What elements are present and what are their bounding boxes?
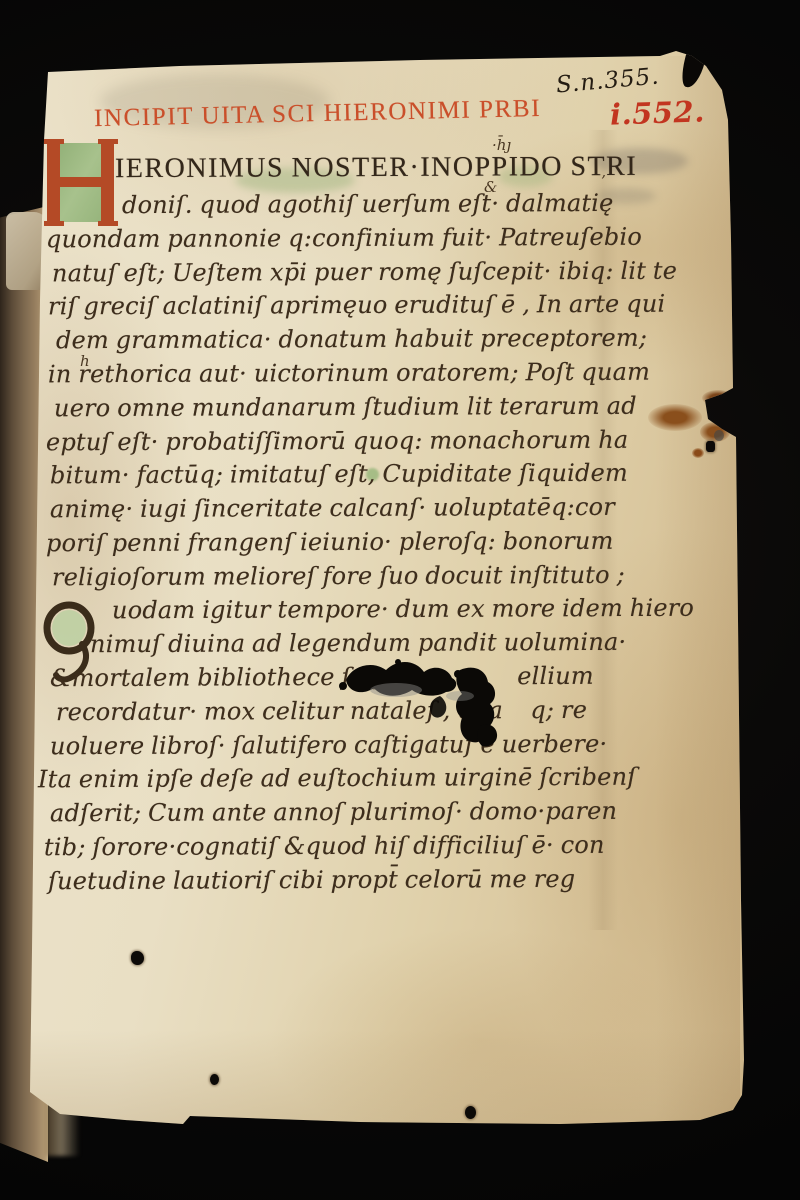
text-line-22: ſuetudine lautioriſ cibi propt̄ celorū m… bbox=[48, 865, 575, 895]
rust-stain-large bbox=[648, 404, 702, 431]
corner-ink-drop bbox=[678, 46, 707, 90]
rubric-title: INCIPIT UITA SCI HIERONIMI PRBI bbox=[94, 95, 542, 133]
rust-dot bbox=[692, 448, 704, 458]
text-line-10: bitum· factūq; imitatuſ eſt, Cupiditate … bbox=[50, 459, 628, 490]
text-line-11: animę· iugi ſinceritate calcanſ· uolupta… bbox=[50, 493, 615, 523]
interlinear-mark-2: & bbox=[484, 178, 497, 196]
text-line-6: dem grammatica· donatum habuit preceptor… bbox=[56, 324, 647, 355]
gray-speck bbox=[714, 430, 724, 441]
right-edge-shade bbox=[655, 56, 740, 1126]
text-line-2: doniſ. quod agothiſ uerſum eſt· dalmatię bbox=[122, 189, 614, 219]
black-speck bbox=[706, 441, 715, 452]
text-line-9: eptuſ eſt· probatiſſimorū quoq: monachor… bbox=[46, 426, 629, 457]
rust-stain-lower bbox=[700, 422, 730, 442]
worm-hole-1 bbox=[210, 1074, 219, 1085]
initial-h bbox=[44, 138, 118, 228]
text-line-16: &mortalem bibliothece ſuę ellium bbox=[50, 662, 594, 692]
text-line-1: IERONIMUS NOSTER·INOPPIDO STRI bbox=[115, 151, 637, 185]
text-line-12: poriſ penni frangenſ ieiunio· pleroſq: b… bbox=[46, 527, 614, 557]
text-line-3: quondam pannonie q:confinium fuit· Patre… bbox=[46, 223, 642, 254]
ink-blot bbox=[340, 656, 510, 748]
text-line-14: uodam igitur tempore· dum ex more idem h… bbox=[112, 594, 694, 625]
text-line-21: tib; ſorore·cognatiſ &quod hiſ difficili… bbox=[44, 831, 605, 861]
text-line-20: adſerit; Cum ante annoſ plurimoſ· domo·p… bbox=[50, 797, 617, 827]
interlinear-mark-3: h bbox=[80, 352, 90, 370]
text-line-4: natuſ eſt; Ueſtem xp̄i puer romę ſuſcepi… bbox=[52, 257, 677, 288]
worm-hole-2 bbox=[465, 1106, 476, 1119]
text-line-5: riſ greciſ aclatiniſ aprimęuo erudituſ ē… bbox=[48, 290, 665, 321]
text-line-15: nimuſ diuina ad legendum pandit uolumina… bbox=[90, 628, 626, 658]
text-line-19: Ita enim ipſe deſe ad euſtochium uirginē… bbox=[38, 763, 636, 794]
text-line-8: uero omne mundanarum ſtudium lit terarum… bbox=[54, 392, 637, 423]
ink-dot-bottom bbox=[131, 951, 144, 965]
interlinear-mark-4: ’ bbox=[601, 172, 606, 190]
shelfmark-red: i.552. bbox=[609, 94, 705, 131]
text-line-18: uoluere libroſ· ſalutifero caſtigatuſ ē … bbox=[50, 730, 607, 760]
bottom-edge-shade bbox=[30, 1030, 745, 1125]
shelfmark-ink: S.n.355. bbox=[555, 64, 660, 99]
photo-backdrop: S.n.355. i.552. INCIPIT UITA SCI HIERONI… bbox=[0, 0, 800, 1200]
text-line-7: in rethorica aut· uictorinum oratorem; P… bbox=[48, 358, 650, 389]
manuscript-page: S.n.355. i.552. INCIPIT UITA SCI HIERONI… bbox=[0, 0, 800, 1200]
text-line-13: religioſorum melioreſ fore ſuo docuit in… bbox=[52, 561, 625, 591]
interlinear-mark-1: ·h̄ȷ bbox=[492, 136, 511, 154]
rust-stain-upper bbox=[702, 390, 734, 406]
